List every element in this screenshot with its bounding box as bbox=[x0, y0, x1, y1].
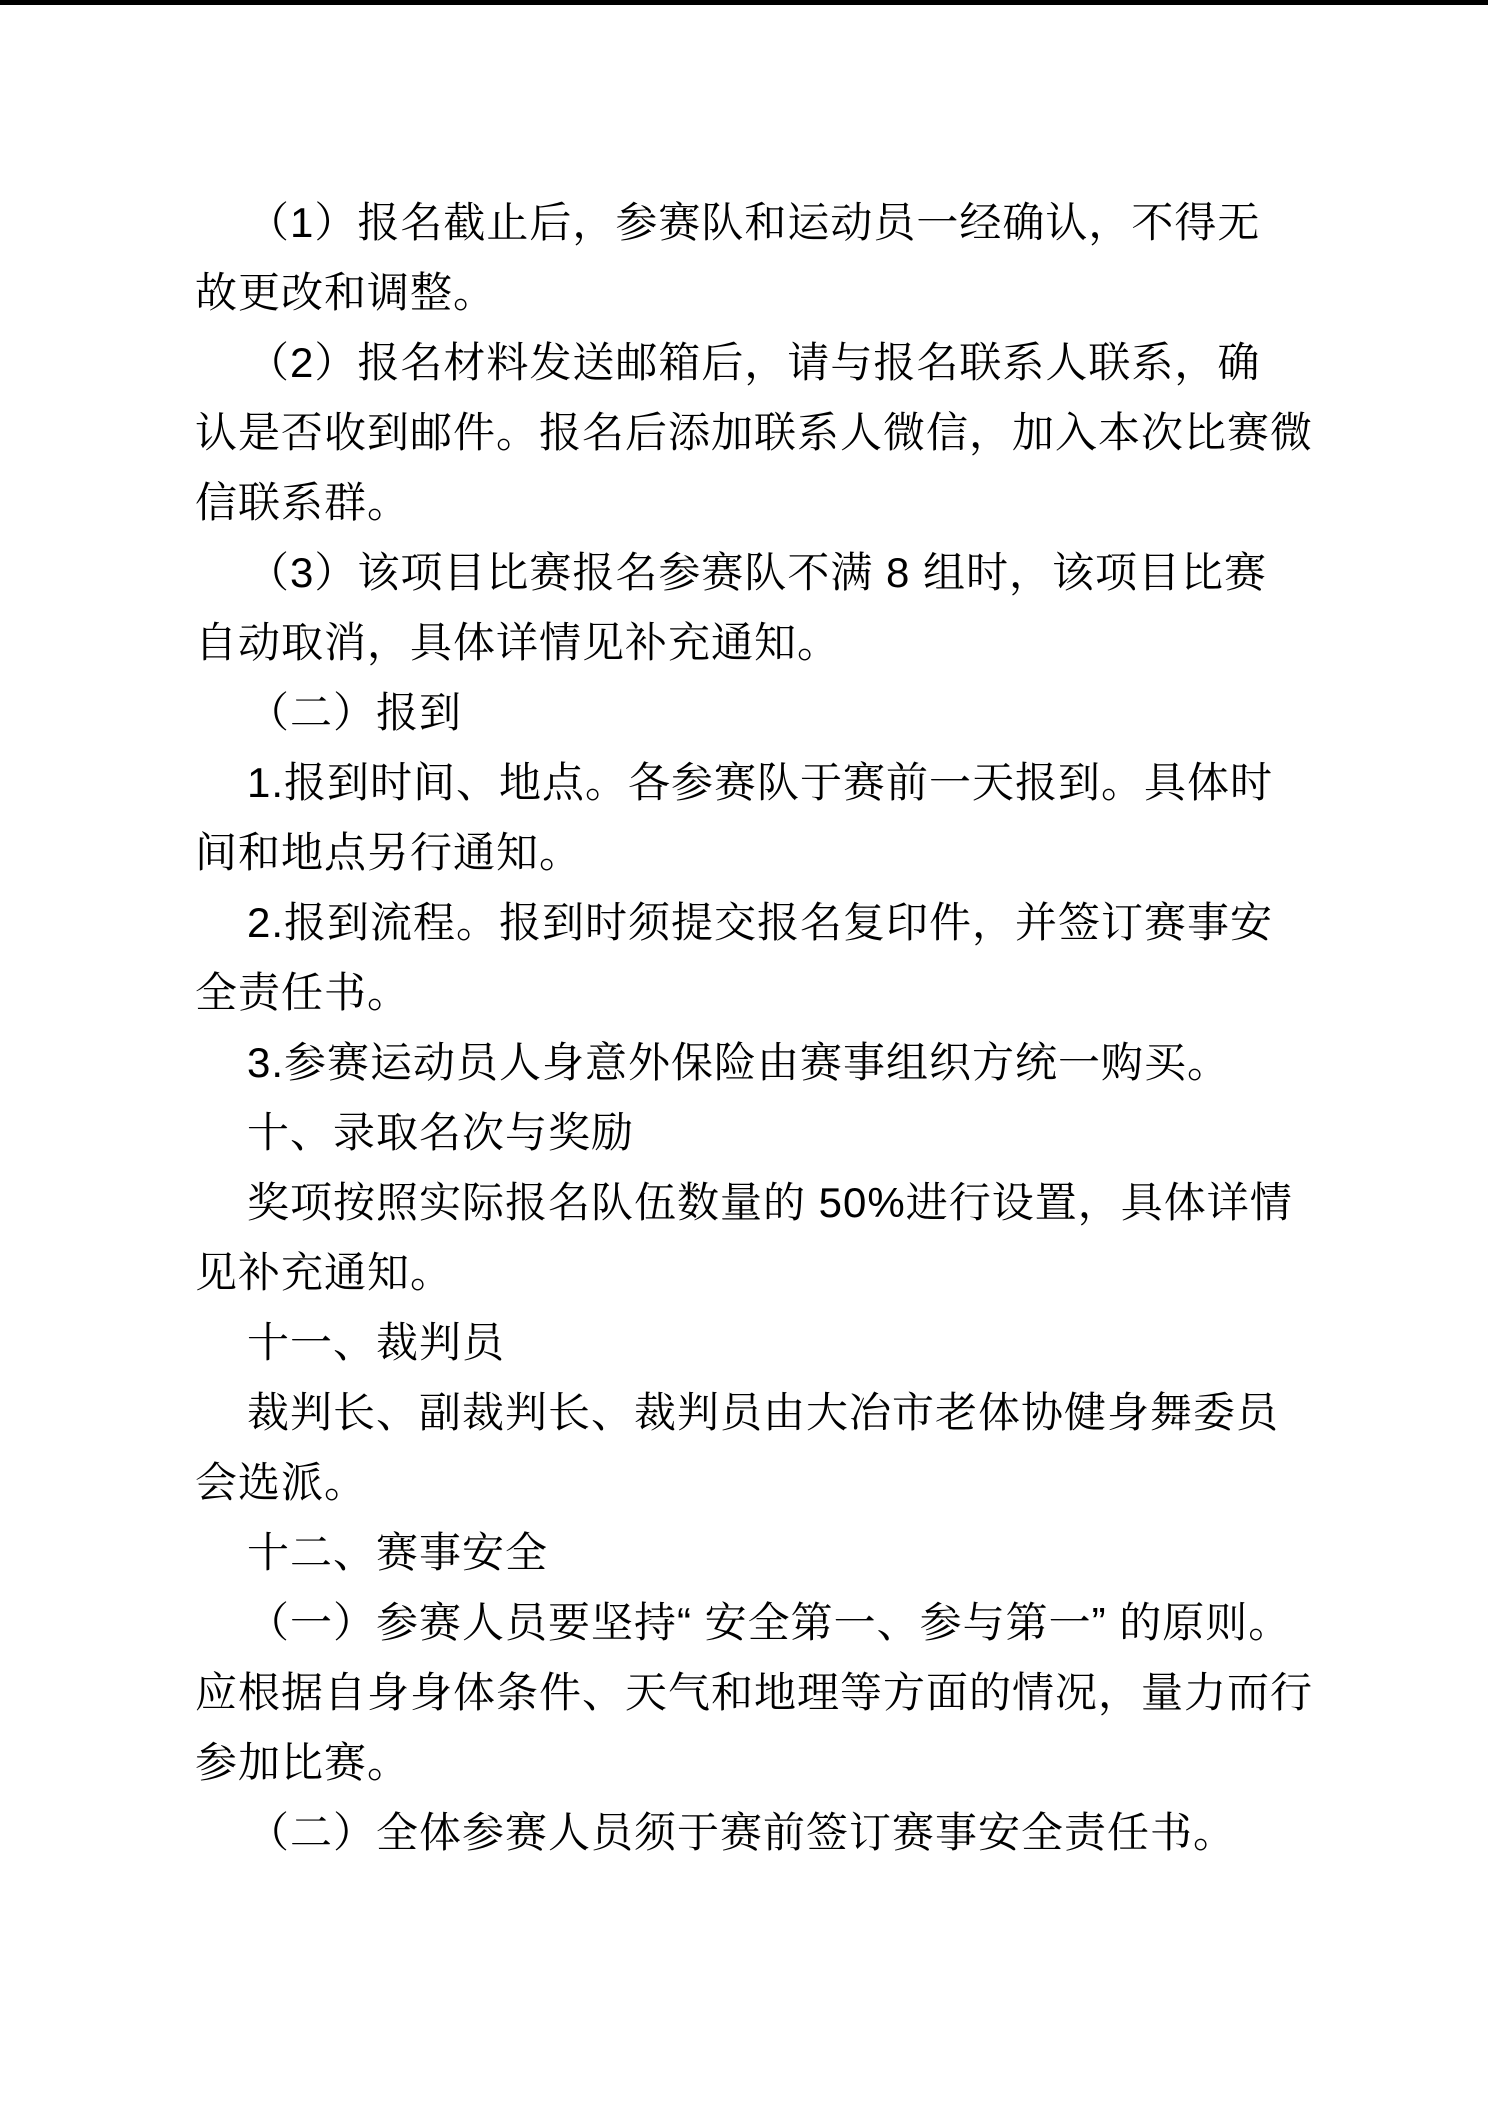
document-content: （1）报名截止后，参赛队和运动员一经确认，不得无 故更改和调整。 （2）报名材料… bbox=[0, 5, 1488, 1868]
paragraph-line: （二）全体参赛人员须于赛前签订赛事安全责任书。 bbox=[195, 1798, 1348, 1868]
paragraph-line: 见补充通知。 bbox=[195, 1238, 1348, 1308]
section-heading-line: 十、录取名次与奖励 bbox=[195, 1098, 1348, 1168]
paragraph-line: 信联系群。 bbox=[195, 468, 1348, 538]
paragraph-line: （3）该项目比赛报名参赛队不满 8 组时，该项目比赛 bbox=[195, 538, 1348, 608]
paragraph-line: 裁判长、副裁判长、裁判员由大冶市老体协健身舞委员 bbox=[195, 1378, 1348, 1448]
paragraph-line: （一）参赛人员要坚持“ 安全第一、参与第一” 的原则。 bbox=[195, 1588, 1348, 1658]
paragraph-line: 自动取消，具体详情见补充通知。 bbox=[195, 608, 1348, 678]
paragraph-line: 认是否收到邮件。报名后添加联系人微信，加入本次比赛微 bbox=[195, 398, 1348, 468]
paragraph-line: 2.报到流程。报到时须提交报名复印件，并签订赛事安 bbox=[195, 888, 1348, 958]
paragraph-line: 3.参赛运动员人身意外保险由赛事组织方统一购买。 bbox=[195, 1028, 1348, 1098]
paragraph-line: 故更改和调整。 bbox=[195, 258, 1348, 328]
document-page: （1）报名截止后，参赛队和运动员一经确认，不得无 故更改和调整。 （2）报名材料… bbox=[0, 0, 1488, 2104]
section-heading-line: 十二、赛事安全 bbox=[195, 1518, 1348, 1588]
paragraph-line: 1.报到时间、地点。各参赛队于赛前一天报到。具体时 bbox=[195, 748, 1348, 818]
paragraph-line: 会选派。 bbox=[195, 1448, 1348, 1518]
paragraph-line: 全责任书。 bbox=[195, 958, 1348, 1028]
section-heading-line: 十一、裁判员 bbox=[195, 1308, 1348, 1378]
paragraph-line: 参加比赛。 bbox=[195, 1728, 1348, 1798]
paragraph-line: （2）报名材料发送邮箱后，请与报名联系人联系，确 bbox=[195, 328, 1348, 398]
section-heading-line: （二）报到 bbox=[195, 678, 1348, 748]
paragraph-line: 应根据自身身体条件、天气和地理等方面的情况，量力而行 bbox=[195, 1658, 1348, 1728]
paragraph-line: 间和地点另行通知。 bbox=[195, 818, 1348, 888]
paragraph-line: 奖项按照实际报名队伍数量的 50%进行设置，具体详情 bbox=[195, 1168, 1348, 1238]
paragraph-line: （1）报名截止后，参赛队和运动员一经确认，不得无 bbox=[195, 188, 1348, 258]
